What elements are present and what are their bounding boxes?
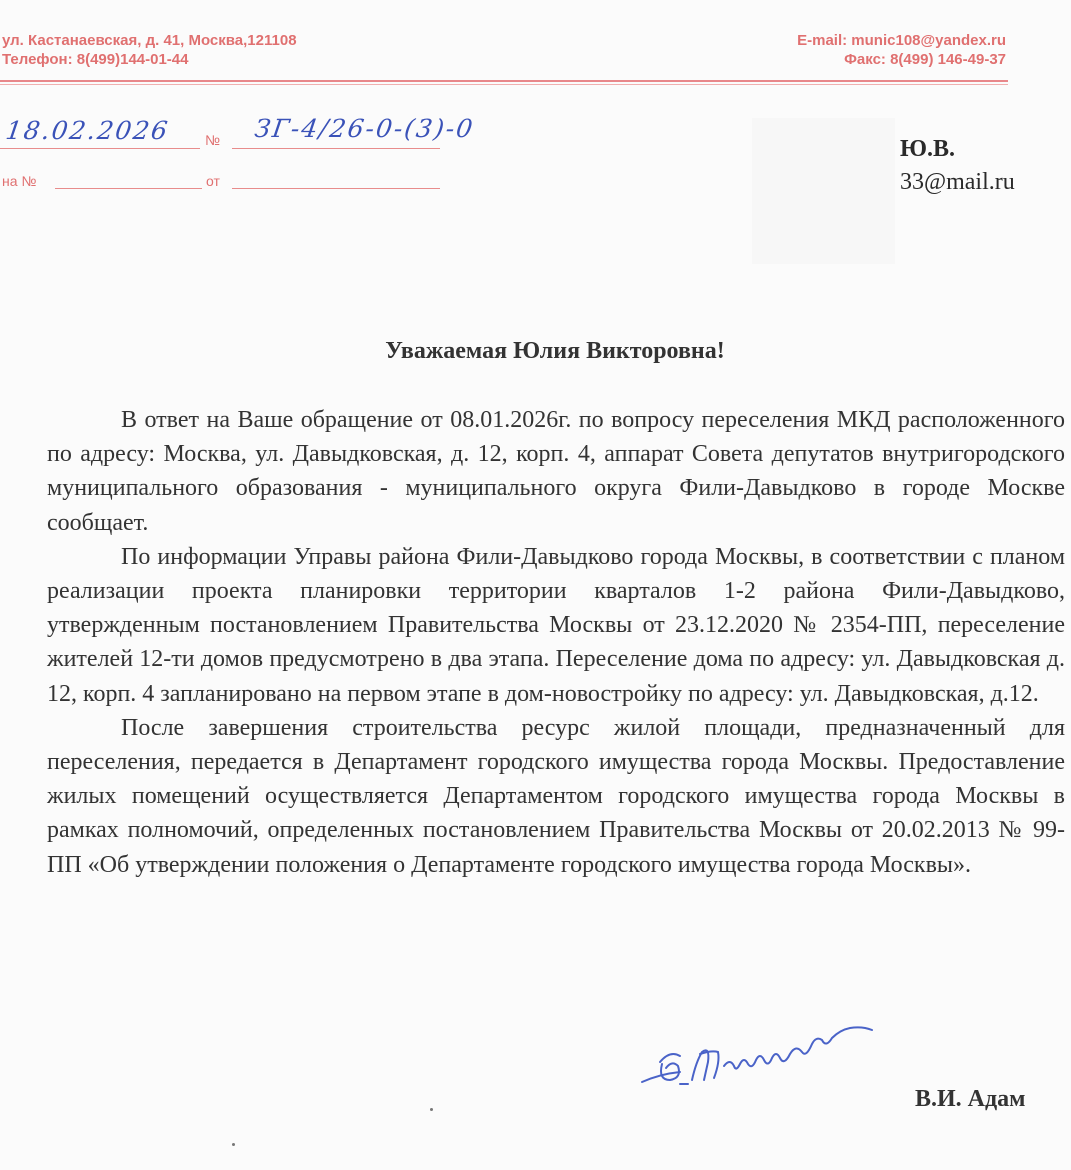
scan-speck <box>430 1108 433 1111</box>
redaction-box <box>752 118 895 264</box>
letterhead-phone: Телефон: 8(499)144-01-44 <box>2 50 297 69</box>
salutation: Уважаемая Юлия Викторовна! <box>0 338 1071 365</box>
in-reply-label: на № <box>2 173 36 189</box>
from-label: от <box>206 173 220 189</box>
letterhead-left: ул. Кастанаевская, д. 41, Москва,121108 … <box>2 31 297 69</box>
handwritten-date: 18.02.2026 <box>4 116 171 145</box>
paragraph-3: После завершения строительства ресурс жи… <box>47 711 1065 882</box>
letter-body: В ответ на Ваше обращение от 08.01.2026г… <box>47 403 1065 882</box>
in-reply-number-underline <box>55 188 202 189</box>
in-reply-date-underline <box>232 188 440 189</box>
handwritten-number: ЗГ-4/26-0-(3)-0 <box>253 114 476 143</box>
number-underline <box>232 148 440 149</box>
letterhead-divider <box>0 80 1008 82</box>
letterhead-address: ул. Кастанаевская, д. 41, Москва,121108 <box>2 31 297 50</box>
letterhead-divider-thin <box>0 84 1008 85</box>
signer-name: В.И. Адам <box>915 1086 1026 1113</box>
signature-icon <box>640 1022 910 1097</box>
letterhead-email: E-mail: munic108@yandex.ru <box>797 31 1006 50</box>
letterhead-fax: Факс: 8(499) 146-49-37 <box>797 50 1006 69</box>
paragraph-2: По информации Управы района Фили-Давыдко… <box>47 540 1065 711</box>
date-underline <box>0 148 200 149</box>
paragraph-1: В ответ на Ваше обращение от 08.01.2026г… <box>47 403 1065 540</box>
scan-speck <box>232 1143 235 1146</box>
number-label: № <box>205 132 220 148</box>
letterhead-right: E-mail: munic108@yandex.ru Факс: 8(499) … <box>797 31 1006 69</box>
